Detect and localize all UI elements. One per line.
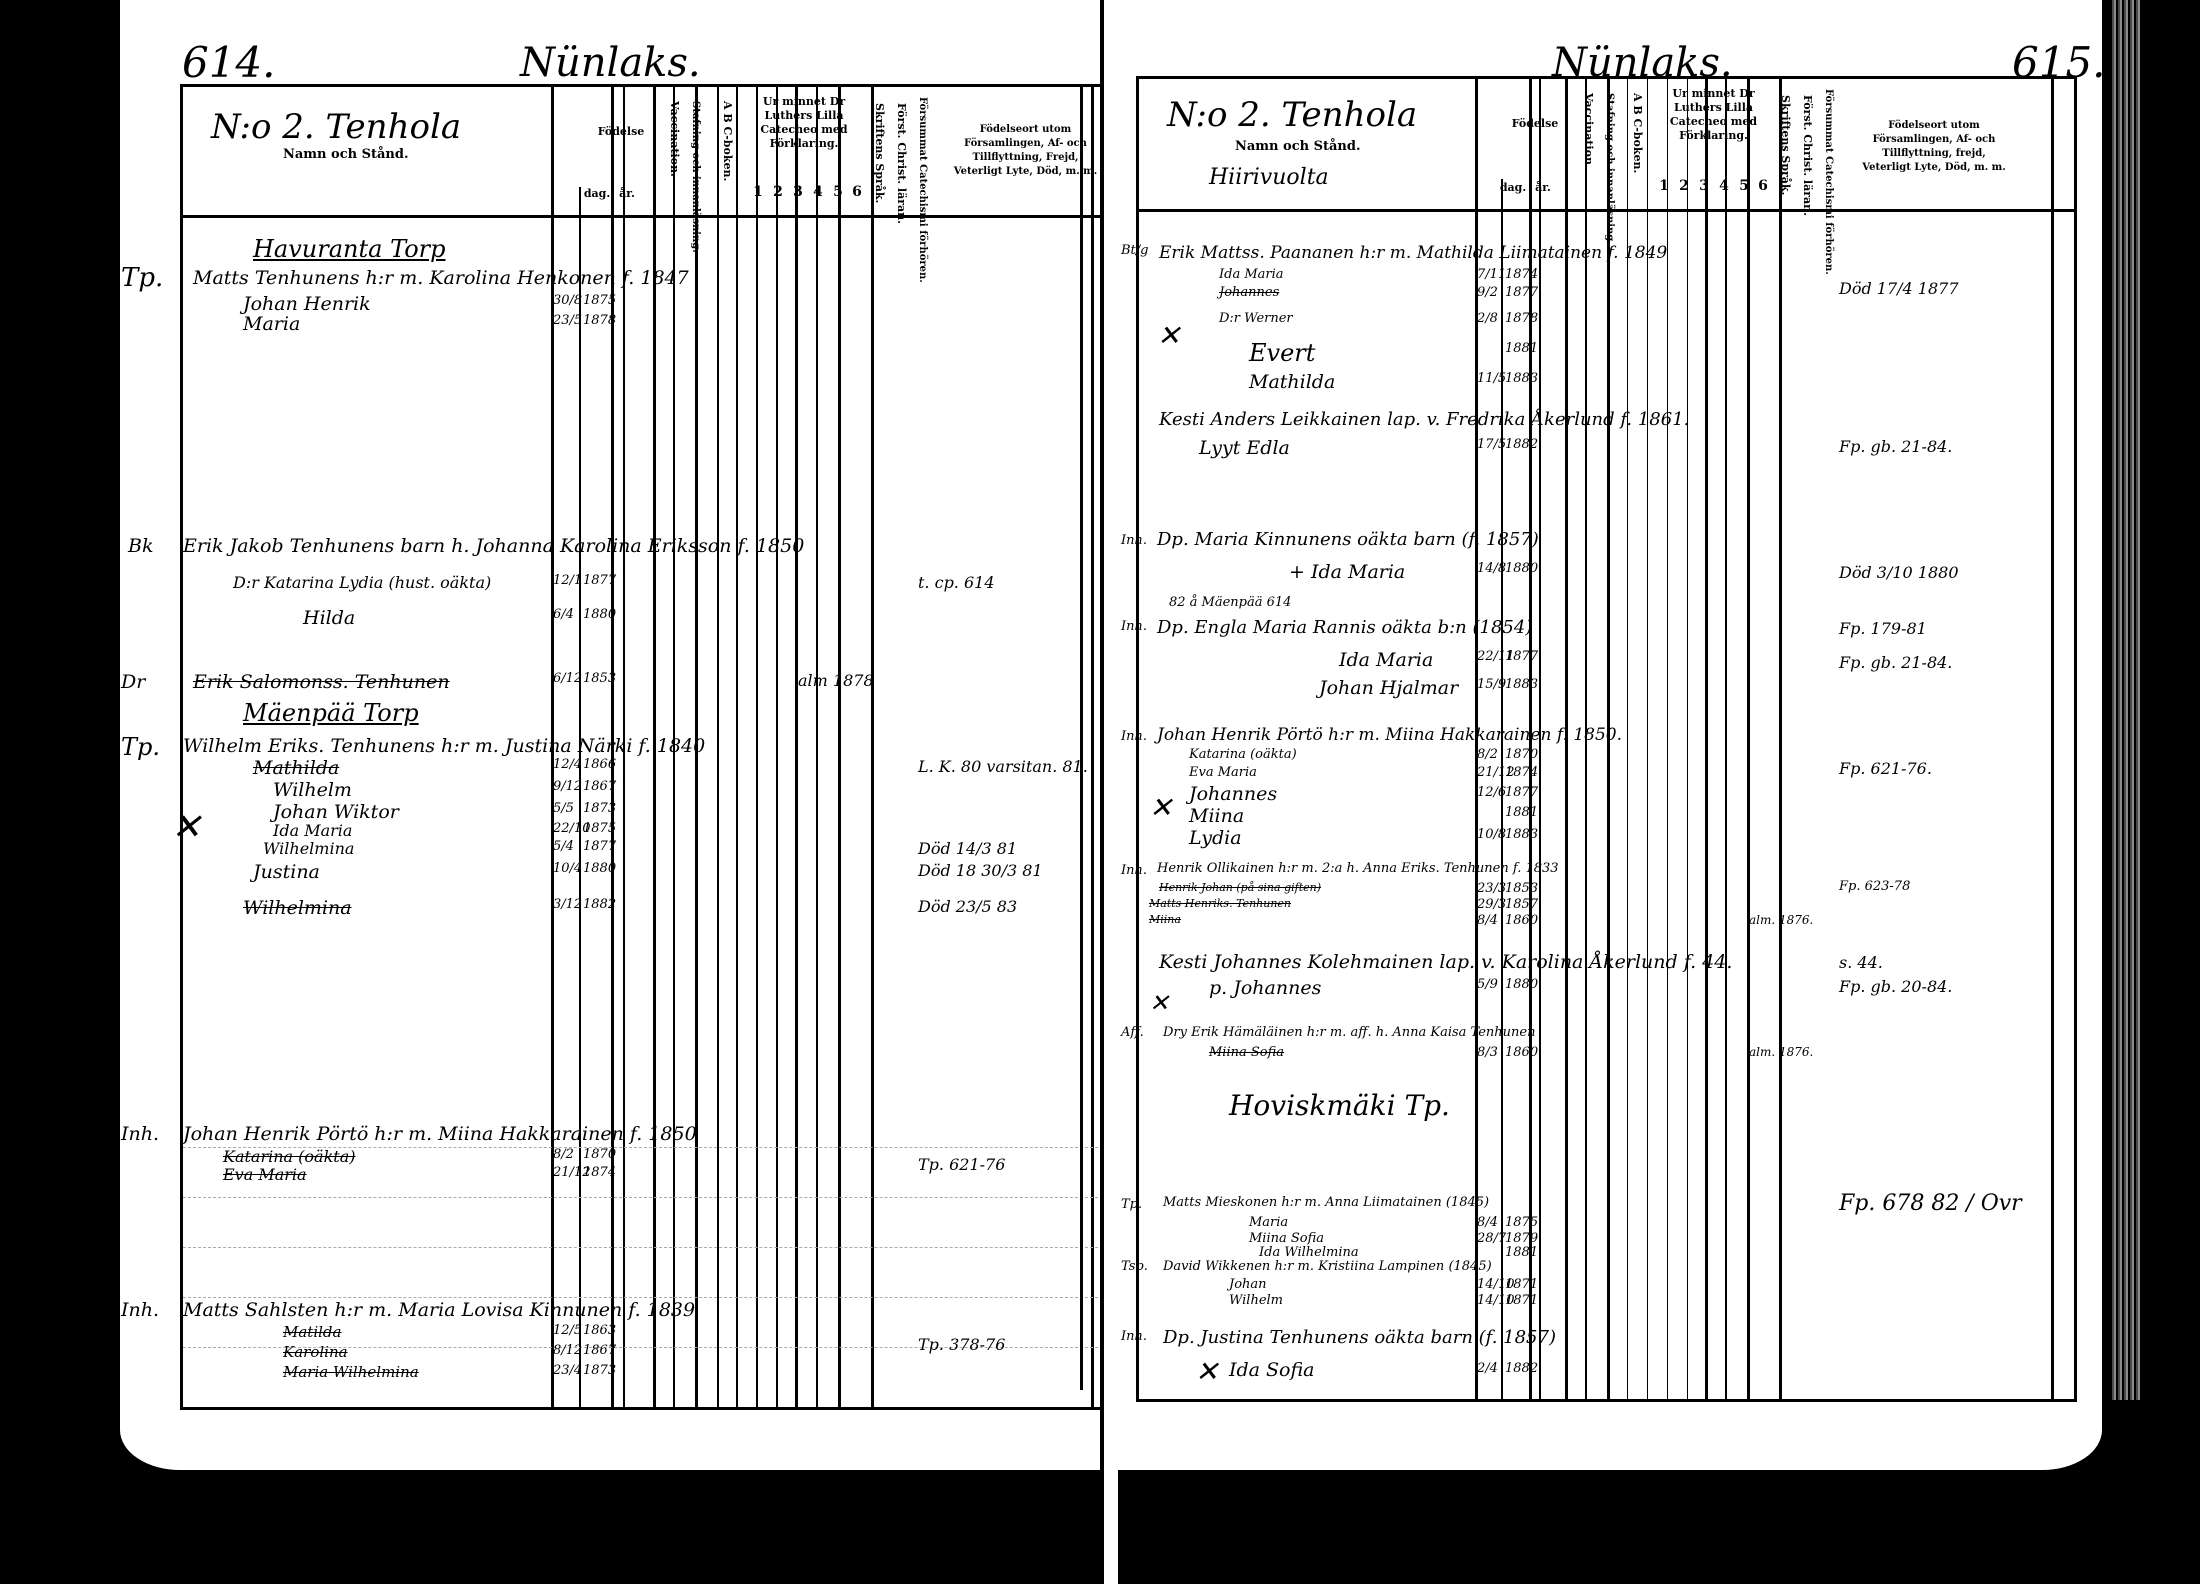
cross-mark: ✕ bbox=[171, 807, 201, 848]
list-item: Miina Sofia bbox=[1249, 1231, 1324, 1246]
catechism-label: Ur minnet Dr Luthers Lilla Catecheo med … bbox=[743, 95, 865, 151]
remark: alm. 1876. bbox=[1749, 1045, 1813, 1059]
birth-year: 1879 bbox=[1505, 1231, 1538, 1246]
list-item: Kesti Johannes Kolehmainen lap. v. Karol… bbox=[1159, 951, 1732, 973]
birth-year: 1883 bbox=[1505, 677, 1538, 692]
list-item: Ida Maria bbox=[1339, 649, 1433, 671]
list-item: Hilda bbox=[303, 607, 355, 629]
list-item: David Wikkenen h:r m. Kristiina Lampinen… bbox=[1163, 1259, 1492, 1274]
column-divider bbox=[1705, 79, 1708, 1399]
birth-year: 1866 bbox=[583, 757, 616, 772]
column-divider bbox=[816, 87, 818, 1407]
list-item: Maria Wilhelmina bbox=[283, 1363, 419, 1381]
birth-year: 1882 bbox=[1505, 1361, 1538, 1376]
birth-year: 1871 bbox=[1505, 1277, 1538, 1292]
birth-day: 29/3 bbox=[1477, 897, 1506, 912]
column-divider bbox=[1725, 79, 1727, 1399]
birth-day: 23/5 bbox=[553, 313, 582, 328]
birth-day: 15/9 bbox=[1477, 677, 1506, 692]
birth-year: 1867 bbox=[583, 779, 616, 794]
subtitle: Hiirivuolta bbox=[1209, 165, 1329, 190]
birth-year: 1883 bbox=[1505, 371, 1538, 386]
list-item: Kesti Anders Leikkainen lap. v. Fredrika… bbox=[1159, 409, 1689, 430]
birth-year: 1882 bbox=[1505, 437, 1538, 452]
column-divider bbox=[1091, 87, 1094, 1407]
remark: Fp. 623-78 bbox=[1839, 879, 1910, 894]
list-item: Johan Wiktor bbox=[273, 801, 399, 823]
year-label: år. bbox=[613, 187, 641, 201]
catechism-col-2: 2 bbox=[771, 185, 785, 199]
cross-mark: ✕ bbox=[1195, 1355, 1218, 1388]
abc-book-label: A B C-boken. bbox=[721, 101, 734, 211]
birth-year: 1878 bbox=[1505, 311, 1538, 326]
list-item: Evert bbox=[1249, 339, 1315, 367]
column-divider bbox=[1747, 79, 1750, 1399]
remark: Fp. gb. 21-84. bbox=[1839, 653, 1952, 672]
entry-mark: Inh. bbox=[1121, 619, 1147, 634]
birth-day: 5/4 bbox=[553, 839, 574, 854]
list-item: Miina bbox=[1189, 805, 1244, 827]
list-item: Maria bbox=[243, 313, 300, 335]
birth-year: 1877 bbox=[1505, 785, 1538, 800]
column-divider bbox=[1687, 79, 1688, 1399]
remarks-label: Födelseort utom Församlingen, Af- och Ti… bbox=[953, 123, 1098, 179]
list-item: Lydia bbox=[1189, 827, 1242, 849]
section-heading: Havuranta Torp bbox=[253, 235, 446, 263]
cross-mark: ✕ bbox=[1149, 791, 1172, 824]
list-item: Matts Tenhunens h:r m. Karolina Henkonen… bbox=[193, 267, 689, 289]
entry-mark: Inh. bbox=[1121, 729, 1147, 744]
entry-mark: Bt/g bbox=[1121, 243, 1148, 258]
scripture-language-label: Skriftens Språk. bbox=[873, 103, 886, 213]
birth-day: 6/12 bbox=[553, 671, 582, 686]
list-item: D:r Katarina Lydia (hust. oäkta) bbox=[233, 573, 491, 592]
missed-catechism-label: Försummat Catechismi förhören. bbox=[1823, 89, 1834, 204]
birth-day: 28/7 bbox=[1477, 1231, 1506, 1246]
catechism-col-4: 4 bbox=[1717, 179, 1731, 193]
catechism-col-3: 3 bbox=[791, 185, 805, 199]
list-item: Dp. Engla Maria Rannis oäkta b:n (1854) bbox=[1157, 617, 1532, 638]
birth-year: 1881 bbox=[1505, 805, 1538, 820]
entry-mark: Inh. bbox=[1121, 1329, 1147, 1344]
birth-day: 23/3 bbox=[1477, 881, 1506, 896]
vaccination-label: Vaccination. bbox=[1582, 93, 1595, 203]
birth-year: 1882 bbox=[583, 897, 616, 912]
entry-mark: Tsp. bbox=[1121, 1259, 1148, 1274]
birth-year: 1880 bbox=[583, 607, 616, 622]
remark: Fp. 179-81 bbox=[1839, 619, 1927, 638]
list-item: Erik Jakob Tenhunens barn h. Johanna Kar… bbox=[183, 535, 804, 557]
birth-year: 1875 bbox=[583, 293, 616, 308]
missed-catechism-label: Försummat Catechismi förhören. bbox=[917, 97, 928, 212]
list-item: Johan Henrik bbox=[243, 293, 371, 315]
entry-mark: Tp. bbox=[121, 263, 163, 293]
catechism-label: Ur minnet Dr Luthers Lilla Catecheo med … bbox=[1651, 87, 1776, 143]
birth-year: 1873 bbox=[583, 801, 616, 816]
birth-day: 8/3 bbox=[1477, 1045, 1498, 1060]
birth-day: 12/6 bbox=[1477, 785, 1506, 800]
remark: Fp. gb. 20-84. bbox=[1839, 977, 1952, 996]
remark: L. K. 80 varsitan. 81. bbox=[918, 757, 1088, 776]
register-table: N:o 2. Tenhola Namn och Stånd. Födelse d… bbox=[180, 84, 1106, 1410]
birth-year: 1877 bbox=[583, 839, 616, 854]
entry-mark: Inh. bbox=[1121, 863, 1147, 878]
list-item: Johan Hjalmar bbox=[1319, 677, 1458, 699]
birth-year: 1875 bbox=[1505, 1215, 1538, 1230]
birth-year: 1853 bbox=[583, 671, 616, 686]
list-item: Ida Maria bbox=[1219, 267, 1284, 282]
birth-year: 1877 bbox=[1505, 285, 1538, 300]
list-item: Katarina (oäkta) bbox=[1189, 747, 1297, 762]
list-item: Erik Salomonss. Tenhunen bbox=[193, 671, 450, 693]
birth-day: 6/4 bbox=[553, 607, 574, 622]
list-item: Johannes bbox=[1189, 783, 1277, 805]
birth-day: 30/8 bbox=[553, 293, 582, 308]
birth-day: 10/8 bbox=[1477, 827, 1506, 842]
column-divider bbox=[838, 87, 841, 1407]
list-item: p. Johannes bbox=[1209, 977, 1321, 999]
birth-year: 1875 bbox=[583, 821, 616, 836]
list-item: Wilhelmina bbox=[243, 897, 352, 919]
birth-year: 1880 bbox=[583, 861, 616, 876]
birth-year: 1871 bbox=[1505, 1293, 1538, 1308]
birth-label: Födelse bbox=[1505, 117, 1565, 131]
village-name: Nünlaks. bbox=[520, 40, 701, 86]
list-item: Eva Maria bbox=[1189, 765, 1257, 780]
list-item: Erik Mattss. Paananen h:r m. Mathilda Li… bbox=[1159, 243, 1667, 263]
birth-year: 1880 bbox=[1505, 977, 1538, 992]
list-item: Ida Sofia bbox=[1229, 1359, 1315, 1381]
birth-day: 10/4 bbox=[553, 861, 582, 876]
column-divider bbox=[579, 187, 581, 1407]
list-item: Dp. Justina Tenhunens oäkta barn (f. 185… bbox=[1163, 1327, 1556, 1348]
remark: Död 3/10 1880 bbox=[1839, 563, 1959, 582]
list-item: Justina bbox=[253, 861, 320, 883]
birth-year: 1853 bbox=[1505, 881, 1538, 896]
birth-day: 7/11 bbox=[1477, 267, 1506, 282]
list-item: Maria bbox=[1249, 1215, 1288, 1230]
birth-day: 3/12 bbox=[553, 897, 582, 912]
remark: Död 23/5 83 bbox=[918, 897, 1017, 916]
birth-year: 1877 bbox=[1505, 649, 1538, 664]
birth-day: 5/9 bbox=[1477, 977, 1498, 992]
list-item: Wilhelm bbox=[1229, 1293, 1283, 1308]
section-heading: Hoviskmäki Tp. bbox=[1229, 1089, 1450, 1122]
birth-year: 1863 bbox=[583, 1323, 616, 1338]
birth-year: 1878 bbox=[583, 313, 616, 328]
day-label: dag. bbox=[583, 187, 611, 201]
remark: Fp. gb. 21-84. bbox=[1839, 437, 1952, 456]
abc-book-label: A B C-boken. bbox=[1631, 93, 1644, 203]
column-divider bbox=[1647, 79, 1648, 1399]
birth-day: 12/4 bbox=[553, 757, 582, 772]
table-header: N:o 2. Tenhola Namn och Stånd. Födelse d… bbox=[183, 87, 1103, 218]
birth-label: Födelse bbox=[591, 125, 651, 139]
remark: Fp. 678 82 / Ovr bbox=[1839, 1191, 2022, 1216]
birth-day: 12/5 bbox=[553, 1323, 582, 1338]
list-item: Matts Mieskonen h:r m. Anna Liimatainen … bbox=[1163, 1195, 1489, 1210]
remark: Fp. 621-76. bbox=[1839, 759, 1932, 778]
catechism-col-1: 1 bbox=[751, 185, 765, 199]
left-page: 614. Nünlaks. N:o 2. Tenhola Namn och St… bbox=[120, 0, 1100, 1470]
list-item: Henrik Ollikainen h:r m. 2:a h. Anna Eri… bbox=[1157, 861, 1559, 876]
list-item: Katarina (oäkta) bbox=[223, 1147, 355, 1166]
remark: Död 18 30/3 81 bbox=[918, 861, 1043, 880]
list-item: Wilhelm bbox=[273, 779, 352, 801]
column-divider bbox=[2051, 79, 2054, 1399]
birth-year: 1874 bbox=[1505, 765, 1538, 780]
list-item: Mathilda bbox=[1249, 371, 1335, 393]
page-edge bbox=[2110, 0, 2140, 1400]
list-item: Johan Henrik Pörtö h:r m. Miina Hakkarai… bbox=[1157, 725, 1622, 745]
list-item: Matts Sahlsten h:r m. Maria Lovisa Kinnu… bbox=[183, 1299, 695, 1321]
list-item: D:r Werner bbox=[1219, 311, 1293, 326]
list-item: Ida Wilhelmina bbox=[1259, 1245, 1359, 1260]
remark: alm 1878 bbox=[798, 671, 874, 690]
column-divider bbox=[871, 87, 874, 1407]
list-item: Eva Maria bbox=[223, 1165, 307, 1184]
margin-rule bbox=[1080, 84, 1083, 1390]
remark: 82 å Mäenpää 614 bbox=[1169, 595, 1291, 610]
entry-mark: Inh. bbox=[1121, 533, 1147, 548]
birth-day: 23/4 bbox=[553, 1363, 582, 1378]
christian-doctrine-label: Först. Christ. läran. bbox=[1801, 95, 1814, 205]
catechism-col-2: 2 bbox=[1677, 179, 1691, 193]
remarks-label: Födelseort utom Församlingen, Af- och Ti… bbox=[1859, 119, 2009, 175]
birth-day: 14/8 bbox=[1477, 561, 1506, 576]
birth-year: 1883. bbox=[1505, 827, 1542, 842]
remark: t. cp. 614 bbox=[918, 573, 995, 592]
list-item: Mathilda bbox=[253, 757, 339, 779]
list-item: Wilhelm Eriks. Tenhunens h:r m. Justina … bbox=[183, 735, 705, 757]
birth-day: 9/2 bbox=[1477, 285, 1498, 300]
entry-mark: Bk bbox=[128, 535, 153, 557]
birth-day: 8/12 bbox=[553, 1343, 582, 1358]
entry-mark: Dr bbox=[121, 671, 145, 693]
column-divider bbox=[1627, 79, 1628, 1399]
column-divider bbox=[717, 87, 719, 1407]
christian-doctrine-label: Först. Christ. läran. bbox=[895, 103, 908, 213]
scanned-register-spread: 614. Nünlaks. N:o 2. Tenhola Namn och St… bbox=[0, 0, 2200, 1584]
birth-year: 1860 bbox=[1505, 1045, 1538, 1060]
section-heading: Mäenpää Torp bbox=[243, 699, 419, 727]
list-item: Ida Maria bbox=[273, 821, 352, 840]
birth-day: 8/4 bbox=[1477, 913, 1498, 928]
birth-year: 1877 bbox=[583, 573, 616, 588]
catechism-col-6: 6 bbox=[1756, 179, 1770, 193]
remark: Tp. 621-76 bbox=[918, 1155, 1005, 1174]
catechism-col-1: 1 bbox=[1657, 179, 1671, 193]
list-item: Miina Sofia bbox=[1209, 1045, 1284, 1060]
list-item: Matilda bbox=[283, 1323, 341, 1341]
catechism-col-6: 6 bbox=[850, 185, 864, 199]
birth-year: 1881 bbox=[1505, 341, 1538, 356]
catechism-col-3: 3 bbox=[1697, 179, 1711, 193]
entry-mark: Inh. bbox=[121, 1123, 159, 1145]
birth-day: 5/5 bbox=[553, 801, 574, 816]
entry-mark: Tp. bbox=[121, 733, 160, 761]
list-item: Dp. Maria Kinnunens oäkta barn (f. 1857) bbox=[1157, 529, 1539, 550]
right-page: Nünlaks. 615. N:o 2. Tenhola Namn och St… bbox=[1112, 0, 2102, 1470]
list-item: Henrik Johan (på sina giften) bbox=[1159, 881, 1321, 894]
remark: s. 44. bbox=[1839, 953, 1883, 972]
birth-year: 1874 bbox=[1505, 267, 1538, 282]
remark: Död 17/4 1877 bbox=[1839, 279, 1959, 298]
day-label: dag. bbox=[1499, 181, 1527, 195]
remark: alm. 1876. bbox=[1749, 913, 1813, 927]
entry-mark: Aff. bbox=[1121, 1025, 1144, 1040]
birth-year: 1870 bbox=[1505, 747, 1538, 762]
birth-day: 9/12 bbox=[553, 779, 582, 794]
birth-year: 1857 bbox=[1505, 897, 1538, 912]
birth-day: 8/2 bbox=[553, 1147, 574, 1162]
birth-year: 1867 bbox=[583, 1343, 616, 1358]
year-label: år. bbox=[1529, 181, 1557, 195]
entry-mark: Inh. bbox=[121, 1299, 159, 1321]
birth-year: 1873 bbox=[583, 1363, 616, 1378]
household-title: N:o 2. Tenhola bbox=[1167, 95, 1417, 135]
register-table: N:o 2. Tenhola Namn och Stånd. Hiirivuol… bbox=[1136, 76, 2077, 1402]
list-item: Lyyt Edla bbox=[1199, 437, 1290, 459]
entry-mark: Tp. bbox=[1121, 1197, 1142, 1212]
birth-day: 8/4 bbox=[1477, 1215, 1498, 1230]
cross-mark: ✕ bbox=[1157, 319, 1180, 352]
birth-year: 1870 bbox=[583, 1147, 616, 1162]
name-column-label: Namn och Stånd. bbox=[283, 147, 409, 162]
list-item: Matts Henriks. Tenhunen bbox=[1149, 897, 1291, 910]
birth-year: 1880 bbox=[1505, 561, 1538, 576]
remark: Död 14/3 81 bbox=[918, 839, 1017, 858]
remark: Tp. 378-76 bbox=[918, 1335, 1005, 1354]
catechism-col-4: 4 bbox=[811, 185, 825, 199]
list-item: Miina bbox=[1149, 913, 1181, 926]
birth-year: 1874 bbox=[583, 1165, 616, 1180]
column-divider bbox=[795, 87, 798, 1407]
birth-day: 2/4 bbox=[1477, 1361, 1498, 1376]
cross-mark: ✕ bbox=[1149, 989, 1169, 1017]
page-number: 614. bbox=[182, 38, 276, 87]
birth-day: 8/2 bbox=[1477, 747, 1498, 762]
birth-year: 1860 bbox=[1505, 913, 1538, 928]
birth-day: 12/1 bbox=[553, 573, 582, 588]
birth-day: 2/8 bbox=[1477, 311, 1498, 326]
list-item: + Ida Maria bbox=[1289, 561, 1405, 583]
column-divider bbox=[1779, 79, 1782, 1399]
household-title: N:o 2. Tenhola bbox=[211, 107, 461, 147]
list-item: Wilhelmina bbox=[263, 839, 354, 858]
list-item: Karolina bbox=[283, 1343, 348, 1361]
list-item: Johannes bbox=[1219, 285, 1279, 300]
birth-day: 11/5 bbox=[1477, 371, 1506, 386]
column-divider bbox=[756, 87, 758, 1407]
list-item: Dry Erik Hämäläinen h:r m. aff. h. Anna … bbox=[1163, 1025, 1535, 1040]
column-divider bbox=[736, 87, 738, 1407]
column-divider bbox=[1667, 79, 1668, 1399]
birth-day: 17/5 bbox=[1477, 437, 1506, 452]
list-item: Johan bbox=[1229, 1277, 1267, 1292]
column-divider bbox=[776, 87, 778, 1407]
name-column-label: Namn och Stånd. bbox=[1235, 139, 1361, 154]
list-item: Johan Henrik Pörtö h:r m. Miina Hakkarai… bbox=[183, 1123, 697, 1145]
birth-year: 1881 bbox=[1505, 1245, 1538, 1260]
